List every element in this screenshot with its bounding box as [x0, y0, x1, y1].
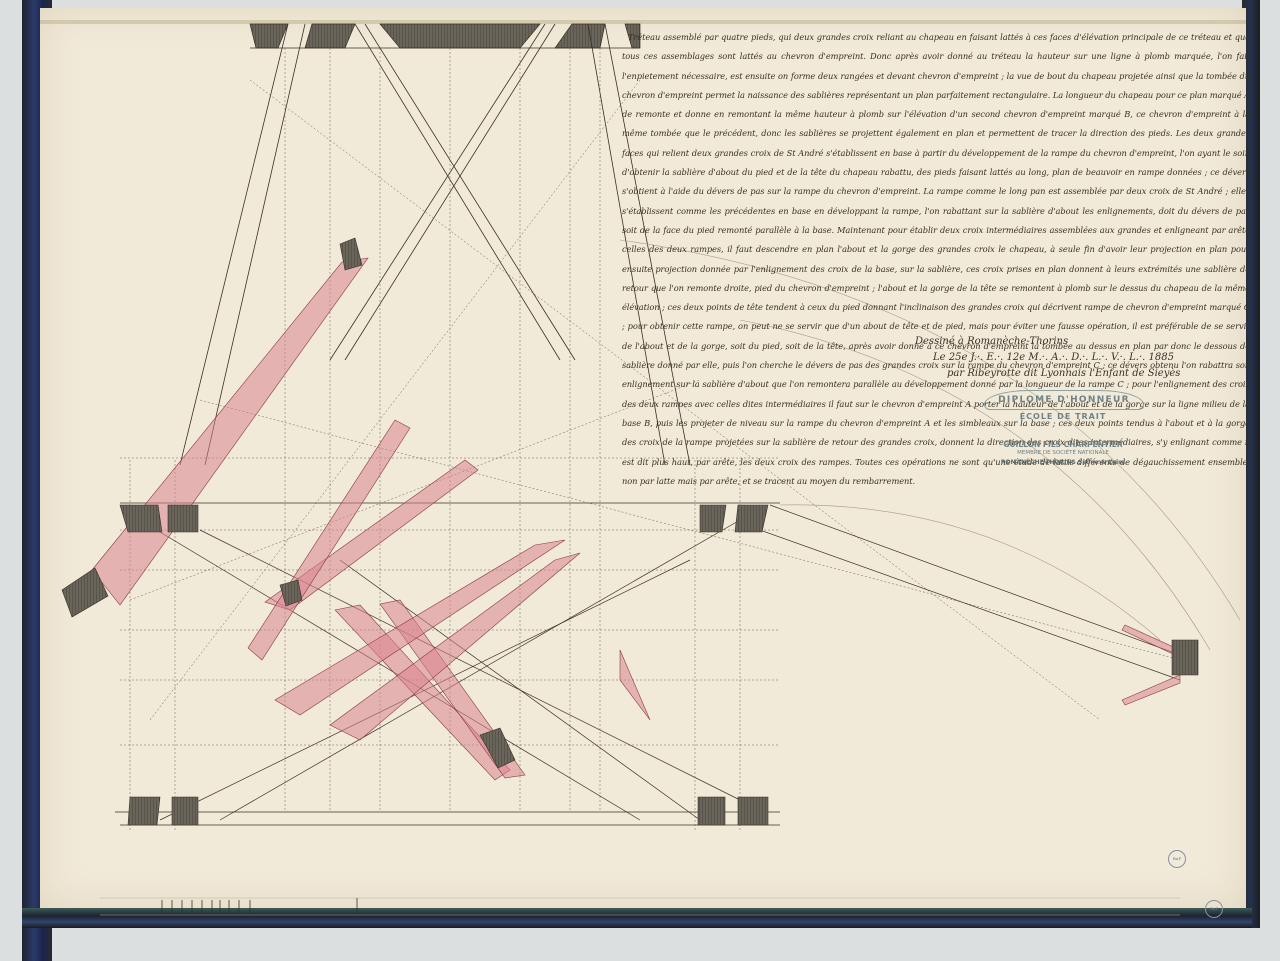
- stamp-holder: GUILLON FILS CHARPENTIER: [988, 440, 1138, 449]
- library-stamp-icon: BnF: [1168, 850, 1186, 868]
- handwritten-notes: Tréteau assemblé par quatre pieds, qui d…: [622, 28, 1250, 491]
- scale-bar: [100, 898, 1180, 915]
- signature-line-date: Le 25e J.·. E.·. 12e M.·. A.·. D.·. L.·.…: [915, 350, 1245, 366]
- stamp-school: ÉCOLE DE TRAIT: [1008, 412, 1118, 421]
- stamp-line2: ROMANÈCHE-THORINS Saône & Loire: [988, 459, 1138, 466]
- stamp-line1: MEMBRE DE SOCIÉTÉ NATIONALE: [988, 450, 1138, 456]
- notes-paragraph: Tréteau assemblé par quatre pieds, qui d…: [622, 28, 1250, 491]
- plan-lines: [115, 503, 1180, 825]
- signature-line-author: par Ribeyrotte dit Lyonnais l'Enfant de …: [915, 366, 1245, 382]
- signature-block: Dessiné à Romanèche-Thorins Le 25e J.·. …: [915, 334, 1245, 382]
- library-stamp-icon: BnF: [1205, 900, 1223, 918]
- diploma-stamp: DIPLOME D'HONNEUR ÉCOLE DE TRAIT GUILLON…: [978, 388, 1148, 472]
- signature-line-place: Dessiné à Romanèche-Thorins: [915, 334, 1245, 350]
- stamp-banner: DIPLOME D'HONNEUR: [984, 390, 1144, 410]
- chapeau-elevation: [250, 24, 640, 48]
